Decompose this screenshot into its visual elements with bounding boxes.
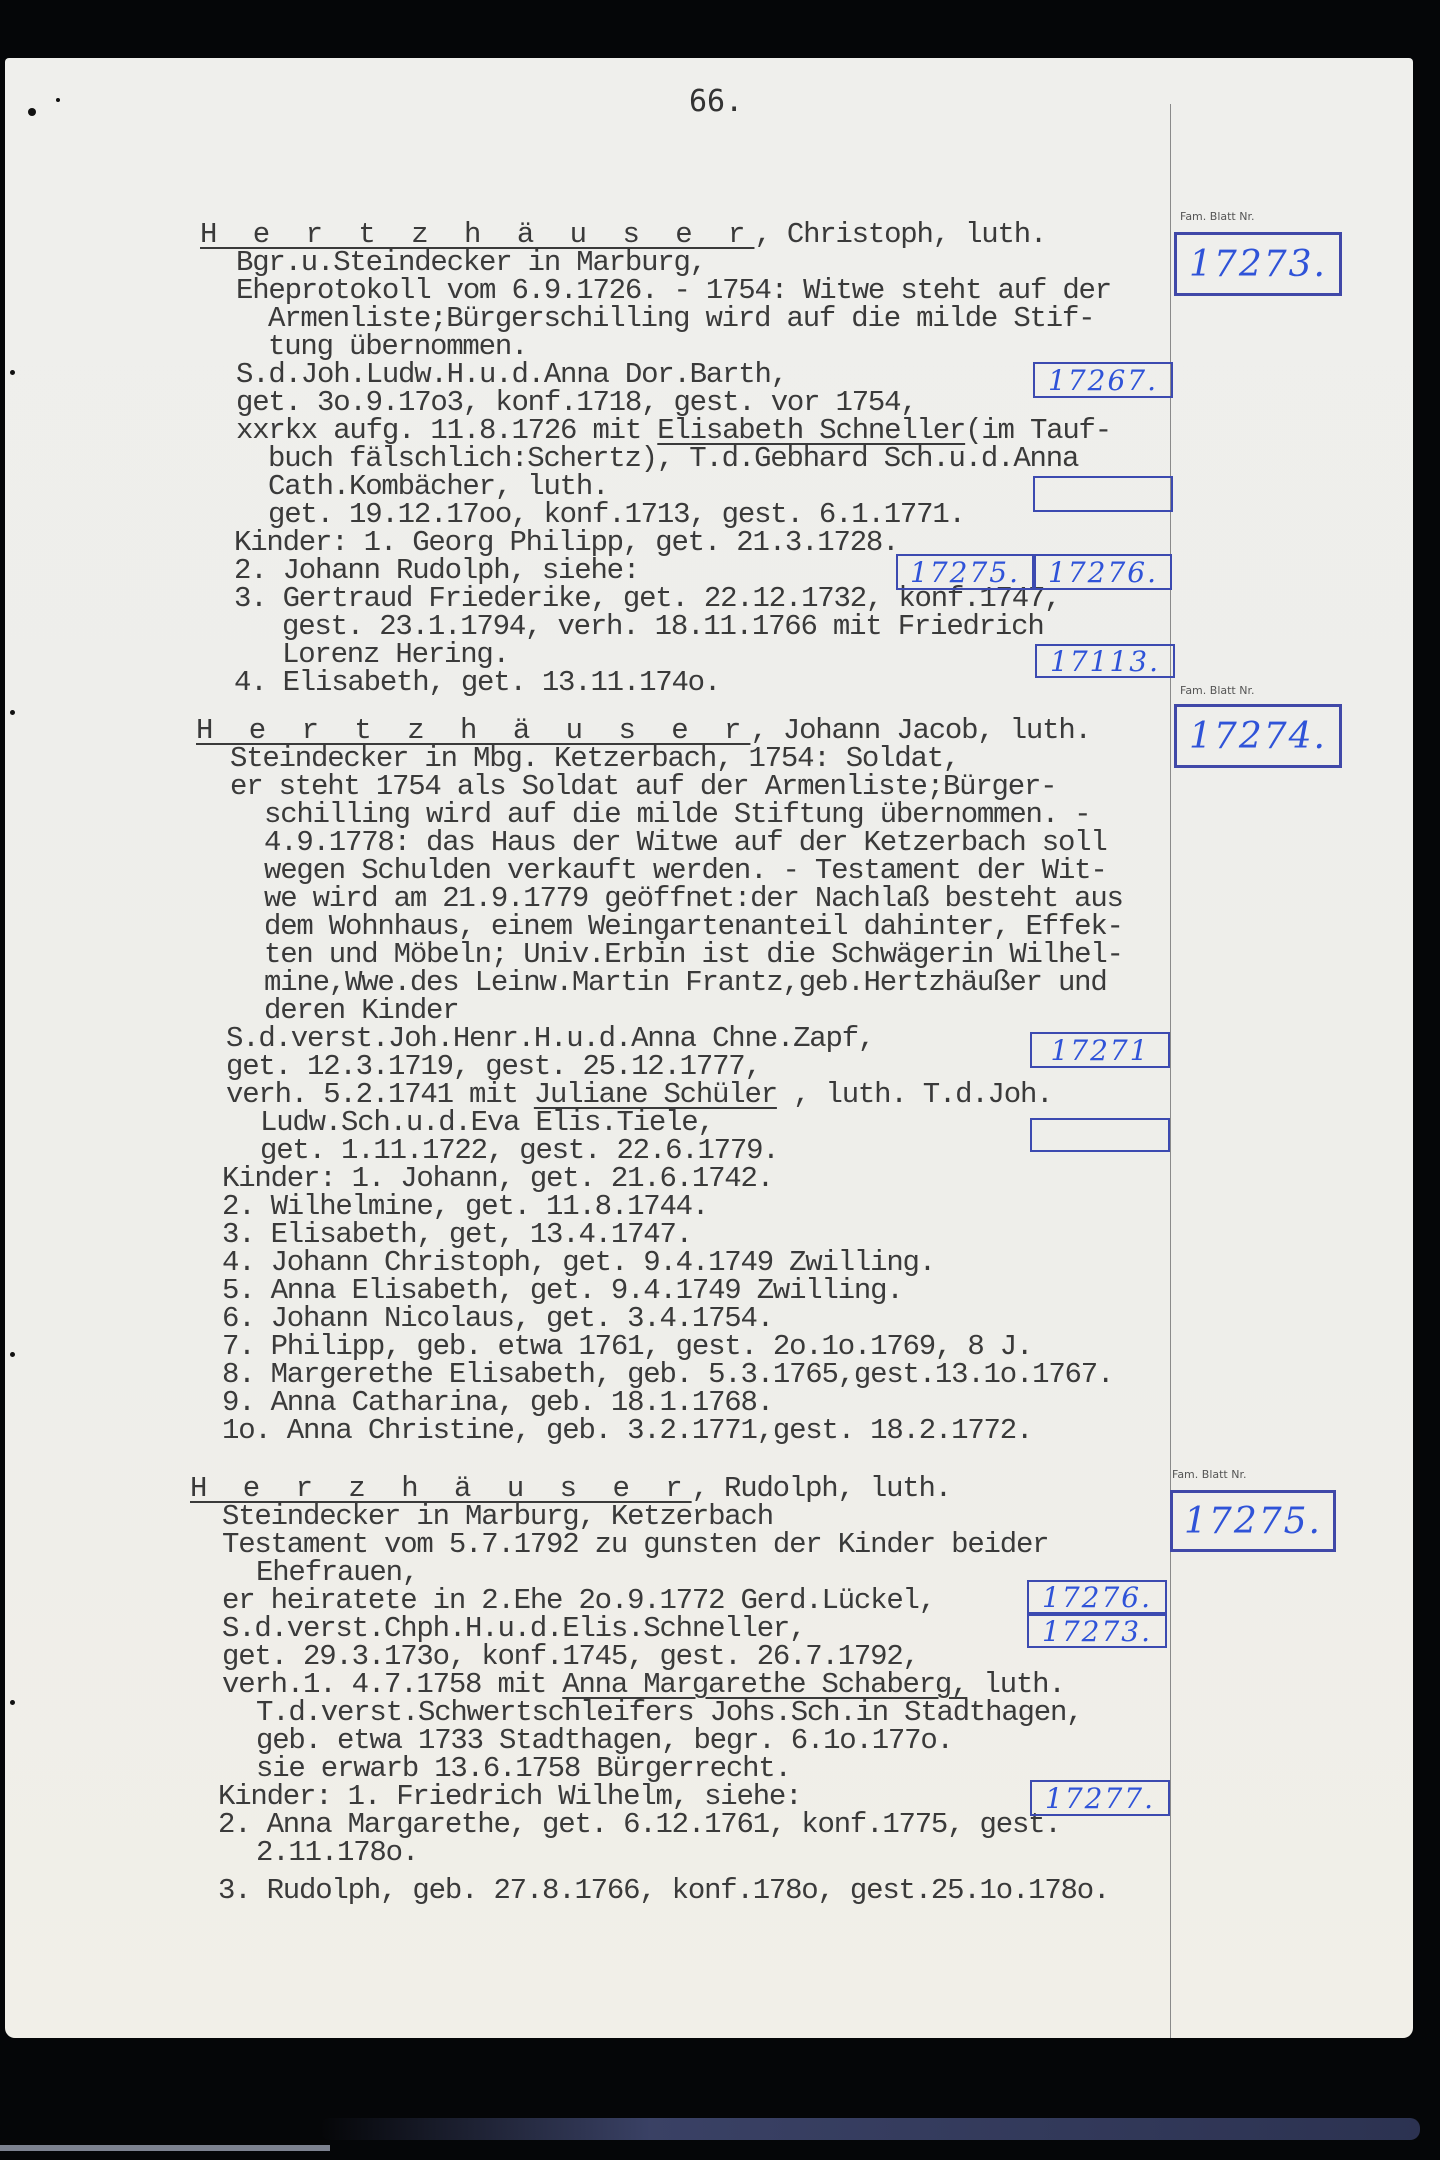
text-line: 5. Anna Elisabeth, get. 9.4.1749 Zwillin… [222, 1276, 903, 1305]
text-line: ten und Möbeln; Univ.Erbin ist die Schwä… [264, 940, 1123, 969]
text-line: 6. Johann Nicolaus, get. 3.4.1754. [222, 1304, 773, 1333]
fam-blatt-label: Fam. Blatt Nr. [1172, 1468, 1246, 1481]
fam-blatt-label: Fam. Blatt Nr. [1180, 210, 1254, 223]
text-line: 4.9.1778: das Haus der Witwe auf der Ket… [264, 828, 1107, 857]
text-line: we wird am 21.9.1779 geöffnet:der Nachla… [264, 884, 1123, 913]
ref-box-empty [1033, 476, 1173, 512]
fam-blatt-box: 17273. [1174, 232, 1342, 296]
text-line: S.d.verst.Joh.Henr.H.u.d.Anna Chne.Zapf, [226, 1024, 874, 1053]
text-line: Steindecker in Marburg, Ketzerbach [222, 1502, 773, 1531]
text-line: tung übernommen. [268, 332, 527, 361]
text-line: 9. Anna Catharina, geb. 18.1.1768. [222, 1388, 773, 1417]
fam-blatt-box: 17275. [1170, 1490, 1336, 1552]
text-line: 1o. Anna Christine, geb. 3.2.1771,gest. … [222, 1416, 1032, 1445]
text-line: deren Kinder [264, 996, 458, 1025]
text-line: buch fälschlich:Schertz), T.d.Gebhard Sc… [268, 444, 1078, 473]
text-line: sie erwarb 13.6.1758 Bürgerrecht. [256, 1754, 791, 1783]
text-line: er steht 1754 als Soldat auf der Armenli… [230, 772, 1056, 801]
ref-box: 17113. [1035, 644, 1175, 678]
text-line: Kinder: 1. Friedrich Wilhelm, siehe: [218, 1782, 801, 1811]
page-number: 66. [689, 84, 743, 119]
fam-blatt-label: Fam. Blatt Nr. [1180, 684, 1254, 697]
text-line: wegen Schulden verkauft werden. - Testam… [264, 856, 1107, 885]
given-name: , Christoph, luth. [754, 218, 1046, 251]
marriage-line: verh.1. 4.7.1758 mit Anna Margarethe Sch… [222, 1670, 1065, 1699]
ref-box: 17271 [1030, 1032, 1170, 1068]
fam-blatt-box: 17274. [1174, 704, 1342, 768]
punch-hole [28, 108, 36, 116]
text-line: Kinder: 1. Johann, get. 21.6.1742. [222, 1164, 773, 1193]
punch-hole [10, 1700, 15, 1705]
text-line: mine,Wwe.des Leinw.Martin Frantz,geb.Her… [264, 968, 1107, 997]
text-line: get. 1.11.1722, gest. 22.6.1779. [260, 1136, 779, 1165]
text-line: get. 19.12.17oo, konf.1713, gest. 6.1.17… [268, 500, 965, 529]
punch-hole [10, 710, 15, 715]
film-edge [0, 2145, 330, 2151]
ref-box: 17275. [896, 554, 1034, 590]
text-line: 8. Margerethe Elisabeth, geb. 5.3.1765,g… [222, 1360, 1113, 1389]
punch-hole [10, 370, 15, 375]
text-line: Kinder: 1. Georg Philipp, get. 21.3.1728… [234, 528, 898, 557]
text-line: Armenliste;Bürgerschilling wird auf die … [268, 304, 1094, 333]
text-line: 2. Wilhelmine, get. 11.8.1744. [222, 1192, 708, 1221]
text-line: 4. Elisabeth, get. 13.11.174o. [234, 668, 720, 697]
entry-heading: H e r t z h ä u s e r, Christoph, luth. [200, 220, 1046, 249]
ref-box: 17276. [1034, 554, 1172, 590]
text-line: schilling wird auf die milde Stiftung üb… [264, 800, 1090, 829]
text-line: 3. Rudolph, geb. 27.8.1766, konf.178o, g… [218, 1876, 1109, 1905]
text-line: get. 3o.9.17o3, konf.1718, gest. vor 175… [236, 388, 917, 417]
text-line: gest. 23.1.1794, verh. 18.11.1766 mit Fr… [282, 612, 1044, 641]
text-line: Steindecker in Mbg. Ketzerbach, 1754: So… [230, 744, 959, 773]
entry-heading: H e r t z h ä u s e r, Johann Jacob, lut… [196, 716, 1091, 745]
punch-hole [56, 98, 60, 102]
text-line: Lorenz Hering. [282, 640, 509, 669]
text-line: geb. etwa 1733 Stadthagen, begr. 6.1o.17… [256, 1726, 953, 1755]
text-line: Testament vom 5.7.1792 zu gunsten der Ki… [222, 1530, 1048, 1559]
text-line: 2.11.178o. [256, 1838, 418, 1867]
film-reflection [320, 2118, 1420, 2140]
marriage-line: verh. 5.2.1741 mit Juliane Schüler , lut… [226, 1080, 1052, 1109]
text-line: Bgr.u.Steindecker in Marburg, [236, 248, 706, 277]
text-line: 4. Johann Christoph, get. 9.4.1749 Zwill… [222, 1248, 935, 1277]
text-line: 3. Elisabeth, get, 13.4.1747. [222, 1220, 692, 1249]
marriage-line: xxrkx aufg. 11.8.1726 mit Elisabeth Schn… [236, 416, 1111, 445]
text-line: get. 12.3.1719, gest. 25.12.1777, [226, 1052, 761, 1081]
text-line: Eheprotokoll vom 6.9.1726. - 1754: Witwe… [236, 276, 1111, 305]
text-line: Ehefrauen, [256, 1558, 418, 1587]
entry-heading: H e r z h ä u s e r, Rudolph, luth. [190, 1474, 951, 1503]
text-line: get. 29.3.173o, konf.1745, gest. 26.7.17… [222, 1642, 919, 1671]
text-line: S.d.verst.Chph.H.u.d.Elis.Schneller, [222, 1614, 805, 1643]
ref-box: 17273. [1027, 1614, 1167, 1648]
ref-box: 17276. [1027, 1580, 1167, 1614]
text-line: S.d.Joh.Ludw.H.u.d.Anna Dor.Barth, [236, 360, 787, 389]
text-line: 2. Johann Rudolph, siehe: [234, 556, 639, 585]
ref-box: 17267. [1033, 362, 1173, 398]
text-line: Cath.Kombächer, luth. [268, 472, 608, 501]
ref-box: 17277. [1030, 1780, 1170, 1816]
text-line: 7. Philipp, geb. etwa 1761, gest. 2o.1o.… [222, 1332, 1032, 1361]
ref-box-empty [1030, 1118, 1170, 1152]
text-line: er heiratete in 2.Ehe 2o.9.1772 Gerd.Lüc… [222, 1586, 935, 1615]
text-line: 2. Anna Margarethe, get. 6.12.1761, konf… [218, 1810, 1061, 1839]
text: , luth. T.d.Joh. [777, 1078, 1052, 1111]
text-line: Ludw.Sch.u.d.Eva Elis.Tiele, [260, 1108, 714, 1137]
text-line: T.d.verst.Schwertschleifers Johs.Sch.in … [256, 1698, 1082, 1727]
punch-hole [10, 1352, 15, 1357]
text-line: dem Wohnhaus, einem Weingartenanteil dah… [264, 912, 1123, 941]
